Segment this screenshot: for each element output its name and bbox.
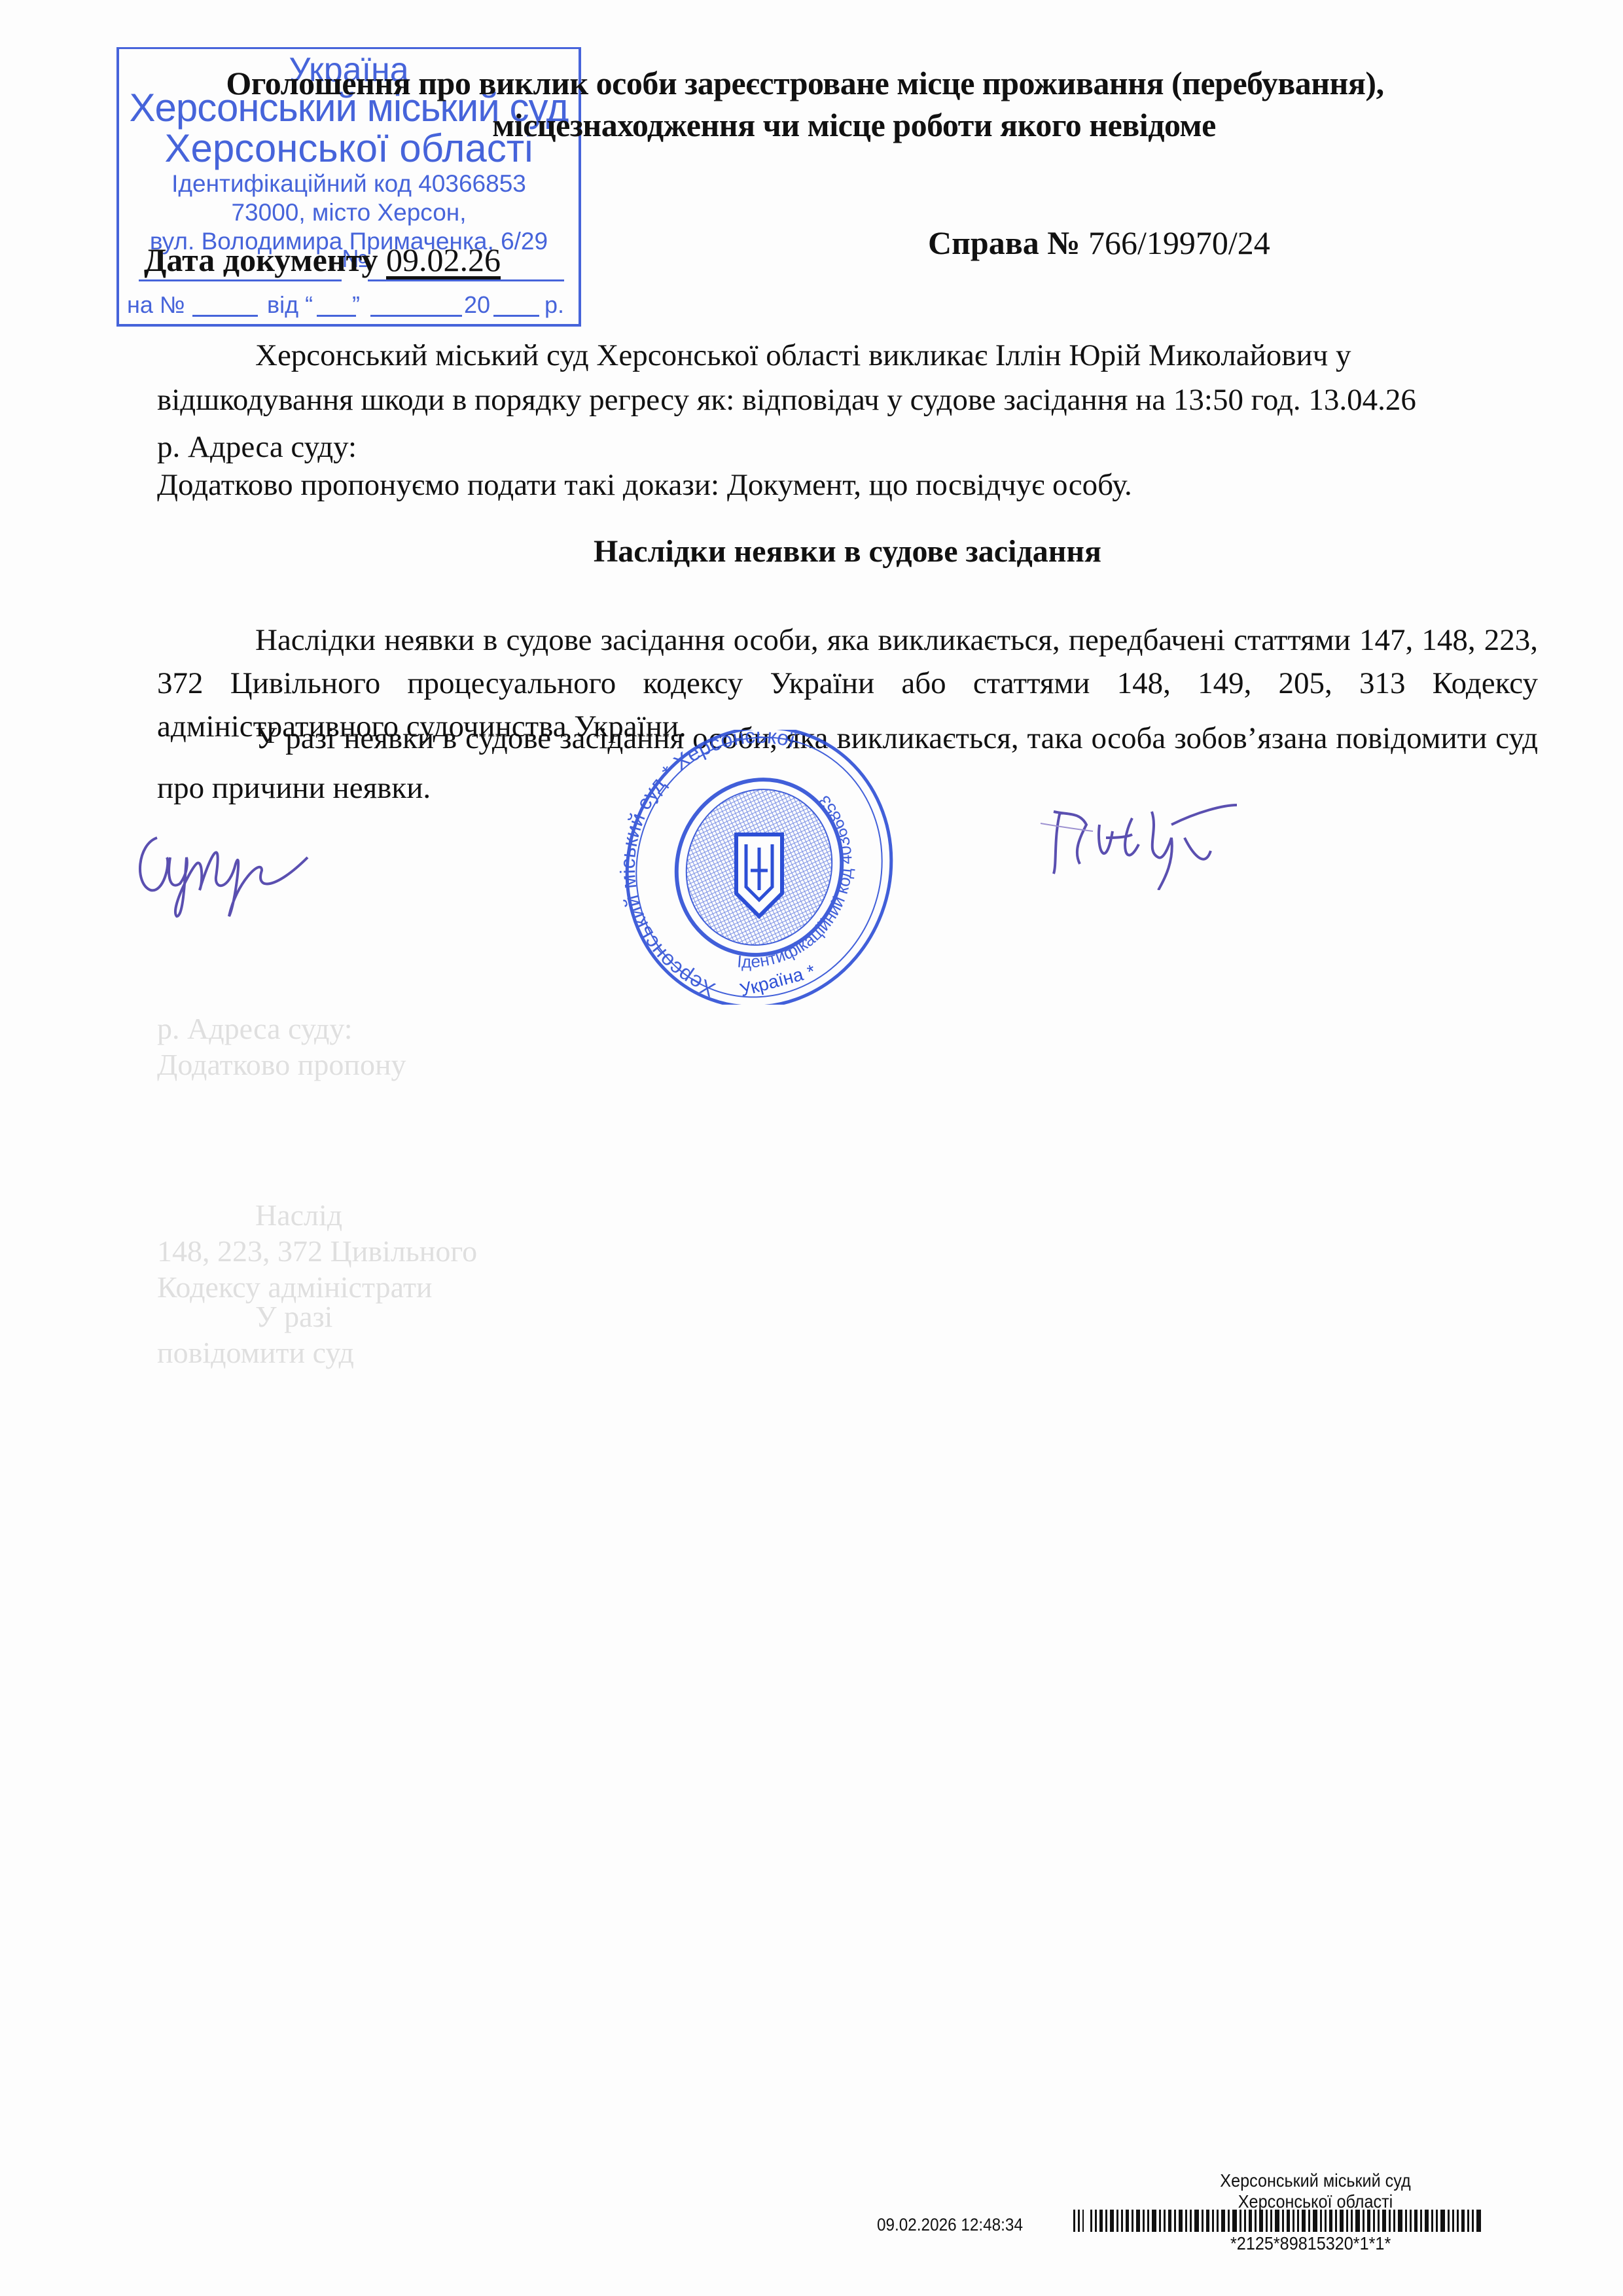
evidence-request: Додатково пропонуємо подати такі докази:… [157, 463, 1538, 507]
stamp-line [370, 315, 462, 317]
stamp-id-code: Ідентифікаційний код 40366853 [119, 170, 579, 198]
stamp-line [139, 279, 342, 281]
case-number-label: Справа № [928, 224, 1080, 261]
document-title: Оголошення про виклик особи зареєстрован… [111, 62, 1499, 146]
case-number: Справа № 766/19970/24 [928, 224, 1270, 262]
case-number-value: 766/19970/24 [1088, 224, 1270, 261]
stamp-reply-no: на № [127, 291, 185, 319]
bleed-through-text: 148, 223, 372 Цивільного [157, 1234, 477, 1268]
stamp-line [493, 315, 539, 317]
document-barcode [1073, 2210, 1571, 2232]
section-title: Наслідки неявки в судове засідання [157, 533, 1538, 569]
document-date-label: Дата документу [144, 242, 378, 278]
footer-court-name: Херсонський міський суд Херсонської обла… [1209, 2170, 1421, 2212]
summons-line-2: відшкодування шкоди в порядку регресу як… [157, 378, 1538, 422]
stamp-year-suffix: р. [544, 291, 564, 319]
stamp-line [192, 315, 258, 317]
stamp-line [317, 315, 356, 317]
barcode-text: *2125*89815320*1*1* [1230, 2233, 1391, 2254]
title-line-1: Оголошення про виклик особи зареєстрован… [111, 62, 1499, 104]
judge-title-signature [131, 818, 353, 923]
stamp-reply-from: від “ [267, 291, 313, 319]
stamp-city: 73000, місто Херсон, [119, 198, 579, 227]
bleed-through-text: Додатково пропону [157, 1047, 406, 1082]
bleed-through-text: У разі [255, 1299, 332, 1334]
footer-court-line-1: Херсонський міський суд [1209, 2170, 1421, 2191]
bleed-through-text: повідомити суд [157, 1335, 354, 1370]
bleed-through-text: Наслід [255, 1198, 342, 1232]
footer-timestamp: 09.02.2026 12:48:34 [877, 2215, 1023, 2235]
court-round-seal: Херсонський міський суд * Херсонської об… [605, 730, 913, 1005]
stamp-line [368, 279, 564, 281]
stamp-year-prefix: 20 [464, 291, 490, 319]
document-date: Дата документу 09.02.26 [144, 241, 501, 279]
bleed-through-text: р. Адреса суду: [157, 1011, 353, 1046]
document-date-value: 09.02.26 [386, 242, 501, 278]
summons-line-1: Херсонський міський суд Херсонської обла… [157, 334, 1538, 377]
title-line-2: місцезнаходження чи місце роботи якого н… [111, 104, 1499, 146]
judge-name-signature [1041, 798, 1315, 890]
summons-line-3: р. Адреса суду: [157, 425, 1538, 469]
stamp-quote: ” [352, 291, 360, 319]
